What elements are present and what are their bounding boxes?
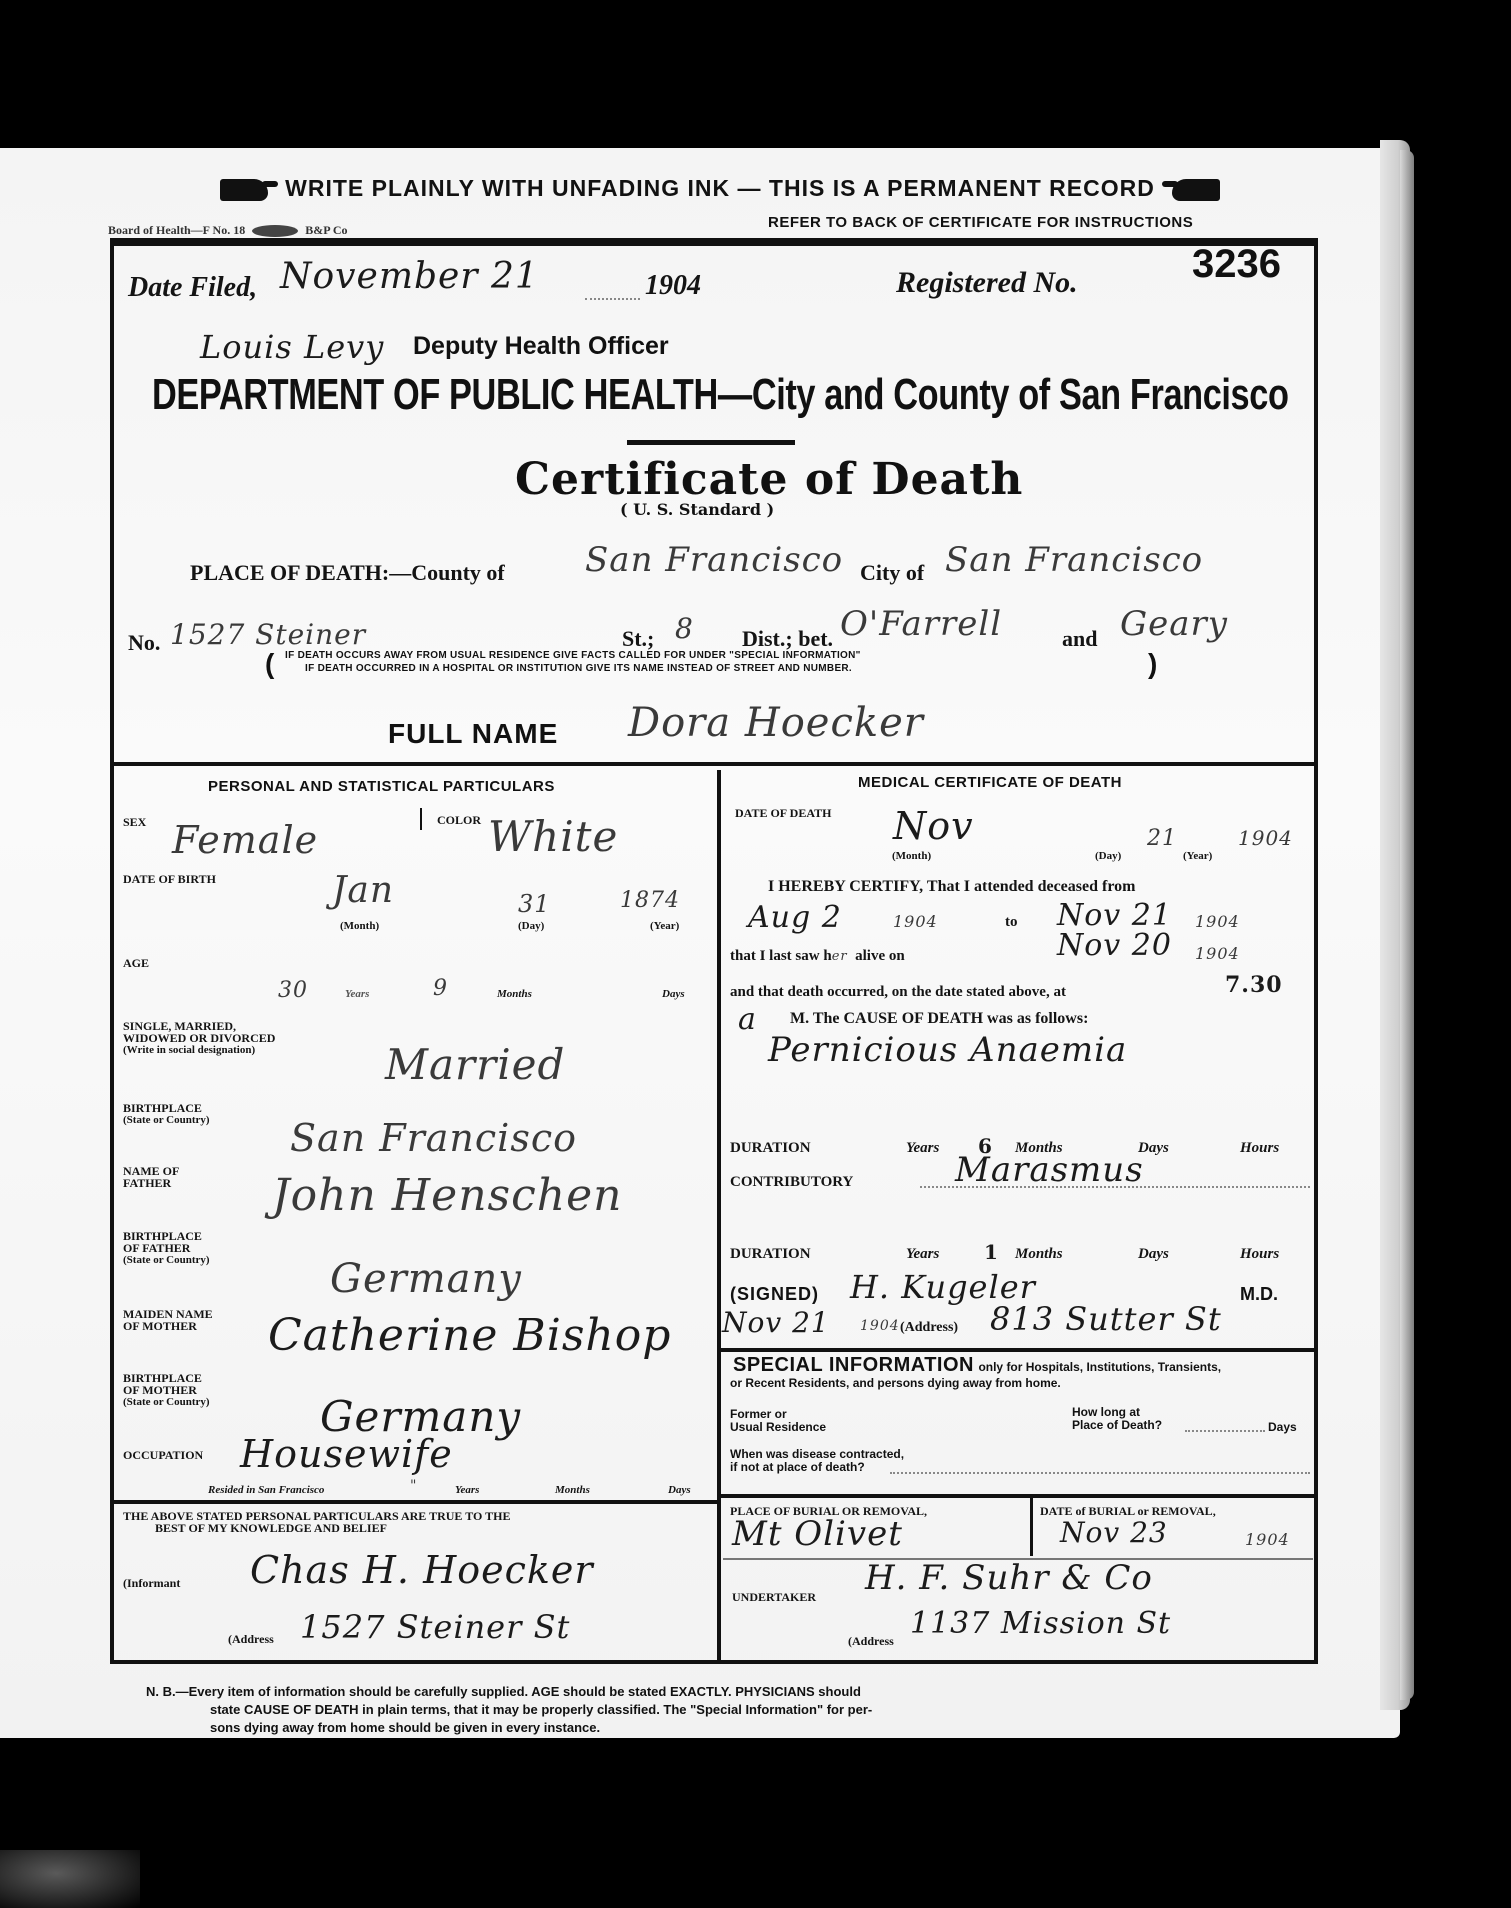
date-filed-value: November 21: [280, 256, 539, 297]
burial-place: Mt Olivet: [732, 1514, 903, 1554]
last-saw-pronoun: er: [832, 949, 848, 964]
section-divider: [112, 762, 1316, 766]
footnote-line-3: sons dying away from home should be give…: [210, 1720, 600, 1735]
resided-days-caption: Days: [668, 1484, 691, 1496]
dod-year-caption: (Year): [1183, 850, 1212, 862]
age-label: AGE: [123, 956, 149, 971]
special-heading: SPECIAL INFORMATION only for Hospitals, …: [733, 1354, 1221, 1377]
informant-statement-2: BEST OF MY KNOWLEDGE AND BELIEF: [155, 1522, 387, 1535]
date-filed-year: 1904: [645, 270, 701, 302]
contributory-value: Marasmus: [955, 1150, 1144, 1190]
pointing-hand-icon: [220, 179, 268, 201]
resided-years-caption: Years: [455, 1484, 479, 1496]
duration-2-months-caption: Months: [1015, 1246, 1063, 1263]
informant-address: 1527 Steiner St: [300, 1608, 570, 1646]
color-value: White: [488, 812, 618, 861]
union-label-seal-icon: [252, 225, 298, 237]
dob-month-caption: (Month): [340, 920, 379, 932]
footnote-line-1: N. B.—Every item of information should b…: [146, 1684, 861, 1699]
undertaker-address-label: (Address: [848, 1634, 894, 1649]
am-pm: a: [738, 1002, 757, 1037]
certify-text: I HEREBY CERTIFY, That I attended deceas…: [768, 878, 1135, 896]
informant-label: (Informant: [123, 1576, 180, 1591]
medical-heading: MEDICAL CERTIFICATE OF DEATH: [858, 774, 1122, 791]
former-residence-label-2: Usual Residence: [730, 1421, 826, 1434]
duration-2-years-caption: Years: [906, 1246, 939, 1263]
age-years: 30: [278, 978, 308, 1003]
occupation-label: OCCUPATION: [123, 1448, 203, 1463]
ink-warning-banner: WRITE PLAINLY WITH UNFADING INK — THIS I…: [165, 175, 1275, 202]
burial-date: Nov 23: [1060, 1516, 1168, 1549]
duration-1-years-caption: Years: [906, 1140, 939, 1157]
signed-label: (SIGNED): [730, 1284, 819, 1305]
resided-years: ": [410, 1478, 417, 1494]
duration-1-label: DURATION: [730, 1140, 811, 1157]
mother-label-2: OF MOTHER: [123, 1320, 197, 1332]
date-filed-label: Date Filed,: [128, 272, 257, 304]
father-value: John Henschen: [272, 1170, 622, 1221]
attended-from-year: 1904: [893, 912, 938, 931]
contracted-label-2: if not at place of death?: [730, 1461, 865, 1474]
dod-day-caption: (Day): [1095, 850, 1121, 862]
sex-value: Female: [172, 818, 318, 862]
special-divider: [721, 1348, 1314, 1352]
between-street-1: O'Farrell: [840, 604, 1002, 644]
sex-label: SEX: [123, 815, 146, 830]
birthplace-value: San Francisco: [290, 1116, 577, 1160]
informant-address-label: (Address: [228, 1632, 274, 1647]
age-months: 9: [433, 976, 448, 1001]
informant-divider: [112, 1500, 717, 1504]
full-name-label: FULL NAME: [388, 718, 558, 750]
street-label: St.;: [622, 626, 654, 652]
street-no-label: No.: [128, 630, 160, 656]
officer-signature: Louis Levy: [200, 328, 384, 366]
undertaker-name: H. F. Suhr & Co: [865, 1558, 1153, 1598]
cause-of-death: Pernicious Anaemia: [768, 1030, 1127, 1070]
special-heading-2: or Recent Residents, and persons dying a…: [730, 1376, 1061, 1390]
resided-label: Resided in San Francisco: [208, 1484, 324, 1496]
place-note-1: IF DEATH OCCURS AWAY FROM USUAL RESIDENC…: [285, 650, 861, 661]
informant-name: Chas H. Hoecker: [250, 1548, 594, 1592]
physician-address: 813 Sutter St: [990, 1300, 1222, 1338]
birthplace-label-1: BIRTHPLACE: [123, 1102, 202, 1114]
color-label: COLOR: [437, 813, 481, 828]
duration-1-hours-caption: Hours: [1240, 1140, 1279, 1157]
dod-day: 21: [1147, 826, 1177, 851]
dob-year: 1874: [620, 888, 680, 913]
sex-color-divider: [420, 808, 422, 830]
dob-day-caption: (Day): [518, 920, 544, 932]
burial-divider: [721, 1494, 1314, 1498]
district-value: 8: [675, 612, 694, 645]
age-years-caption: Years: [345, 988, 369, 1000]
attended-to-year: 1904: [1195, 912, 1240, 931]
registered-number: 3236: [1192, 242, 1281, 287]
how-long-line: [1185, 1430, 1265, 1432]
marital-label-3: (Write in social designation): [123, 1044, 255, 1056]
attended-from: Aug 2: [748, 900, 842, 935]
certificate-title: Certificate of Death: [515, 454, 1023, 505]
place-of-death-label: PLACE OF DEATH:—County of: [190, 560, 505, 586]
occupation-value: Housewife: [240, 1432, 453, 1476]
footnote-line-2: state CAUSE OF DEATH in plain terms, tha…: [210, 1702, 872, 1717]
time-of-death: 7.30: [1225, 972, 1283, 998]
to-label: to: [1005, 914, 1018, 931]
form-id: Board of Health—F No. 18 B&P Co: [108, 223, 348, 238]
father-birthplace-value: Germany: [330, 1256, 522, 1302]
note-bracket-close: ): [1148, 648, 1157, 680]
how-long-label-2: Place of Death?: [1072, 1419, 1162, 1432]
officer-title: Deputy Health Officer: [413, 332, 669, 361]
mother-bp-label-3: (State or Country): [123, 1396, 210, 1408]
between-street-2: Geary: [1120, 604, 1228, 644]
dod-label: DATE OF DEATH: [735, 806, 831, 821]
personal-heading: PERSONAL AND STATISTICAL PARTICULARS: [208, 778, 555, 795]
place-note-2: IF DEATH OCCURRED IN A HOSPITAL OR INSTI…: [305, 663, 852, 674]
marital-label-2: WIDOWED OR DIVORCED: [123, 1032, 275, 1044]
father-label-2: FATHER: [123, 1177, 171, 1189]
dob-year-caption: (Year): [650, 920, 679, 932]
duration-2-months-value: 1: [984, 1240, 999, 1264]
column-divider: [717, 770, 721, 1660]
street-value: 1527 Steiner: [170, 618, 366, 651]
department-heading: DEPARTMENT OF PUBLIC HEALTH—City and Cou…: [152, 370, 1289, 420]
undertaker-address: 1137 Mission St: [910, 1606, 1171, 1641]
resided-months-caption: Months: [555, 1484, 590, 1496]
physician-address-label: (Address): [900, 1320, 958, 1336]
date-filed-line: [585, 298, 640, 300]
undertaker-label: UNDERTAKER: [732, 1590, 816, 1605]
banner-text: WRITE PLAINLY WITH UNFADING INK — THIS I…: [285, 175, 1155, 201]
registered-label: Registered No.: [896, 266, 1078, 300]
page-stack-edge-back: [1400, 150, 1414, 1700]
contracted-line: [890, 1472, 1310, 1474]
age-days-caption: Days: [662, 988, 685, 1000]
father-bp-label-2: OF FATHER: [123, 1242, 190, 1254]
dob-month: Jan: [332, 870, 394, 911]
county-value: San Francisco: [585, 540, 843, 580]
age-months-caption: Months: [497, 988, 532, 1000]
marital-value: Married: [385, 1040, 565, 1089]
dod-month: Nov: [893, 804, 974, 848]
pointing-hand-icon: [1172, 179, 1220, 201]
days-label: Days: [1268, 1420, 1297, 1434]
last-saw-date: Nov 20: [1057, 928, 1172, 963]
duration-2-hours-caption: Hours: [1240, 1246, 1279, 1263]
signed-date: Nov 21: [722, 1306, 830, 1339]
father-bp-label-3: (State or Country): [123, 1254, 210, 1266]
duration-2-label: DURATION: [730, 1246, 811, 1263]
district-label: Dist.; bet.: [742, 626, 833, 652]
dod-year: 1904: [1238, 826, 1293, 850]
duration-2-days-caption: Days: [1138, 1246, 1169, 1263]
burial-year: 1904: [1245, 1530, 1290, 1549]
last-saw-label: that I last saw her alive on: [730, 948, 905, 965]
mother-bp-label-2: OF MOTHER: [123, 1384, 197, 1396]
signed-year: 1904: [860, 1318, 900, 1334]
birthplace-label-2: (State or Country): [123, 1114, 210, 1126]
md-label: M.D.: [1240, 1284, 1278, 1305]
instructions-ref: REFER TO BACK OF CERTIFICATE FOR INSTRUC…: [768, 214, 1193, 231]
city-value: San Francisco: [945, 540, 1203, 580]
last-saw-year: 1904: [1195, 944, 1240, 963]
occurred-text: and that death occurred, on the date sta…: [730, 984, 1066, 1001]
and-label: and: [1062, 626, 1097, 652]
certificate-subtitle: ( U. S. Standard ): [620, 500, 774, 519]
cause-text: M. The CAUSE OF DEATH was as follows:: [790, 1010, 1088, 1028]
dob-label: DATE OF BIRTH: [123, 872, 216, 887]
dod-month-caption: (Month): [892, 850, 931, 862]
burial-date-divider: [1030, 1496, 1033, 1556]
full-name-value: Dora Hoecker: [628, 700, 924, 746]
contributory-label: CONTRIBUTORY: [730, 1174, 853, 1191]
dob-day: 31: [518, 890, 551, 918]
mother-value: Catherine Bishop: [268, 1310, 671, 1361]
background-shadow: [0, 1850, 140, 1908]
city-label: City of: [860, 560, 924, 586]
note-bracket-open: (: [265, 648, 274, 680]
divider: [627, 440, 795, 445]
